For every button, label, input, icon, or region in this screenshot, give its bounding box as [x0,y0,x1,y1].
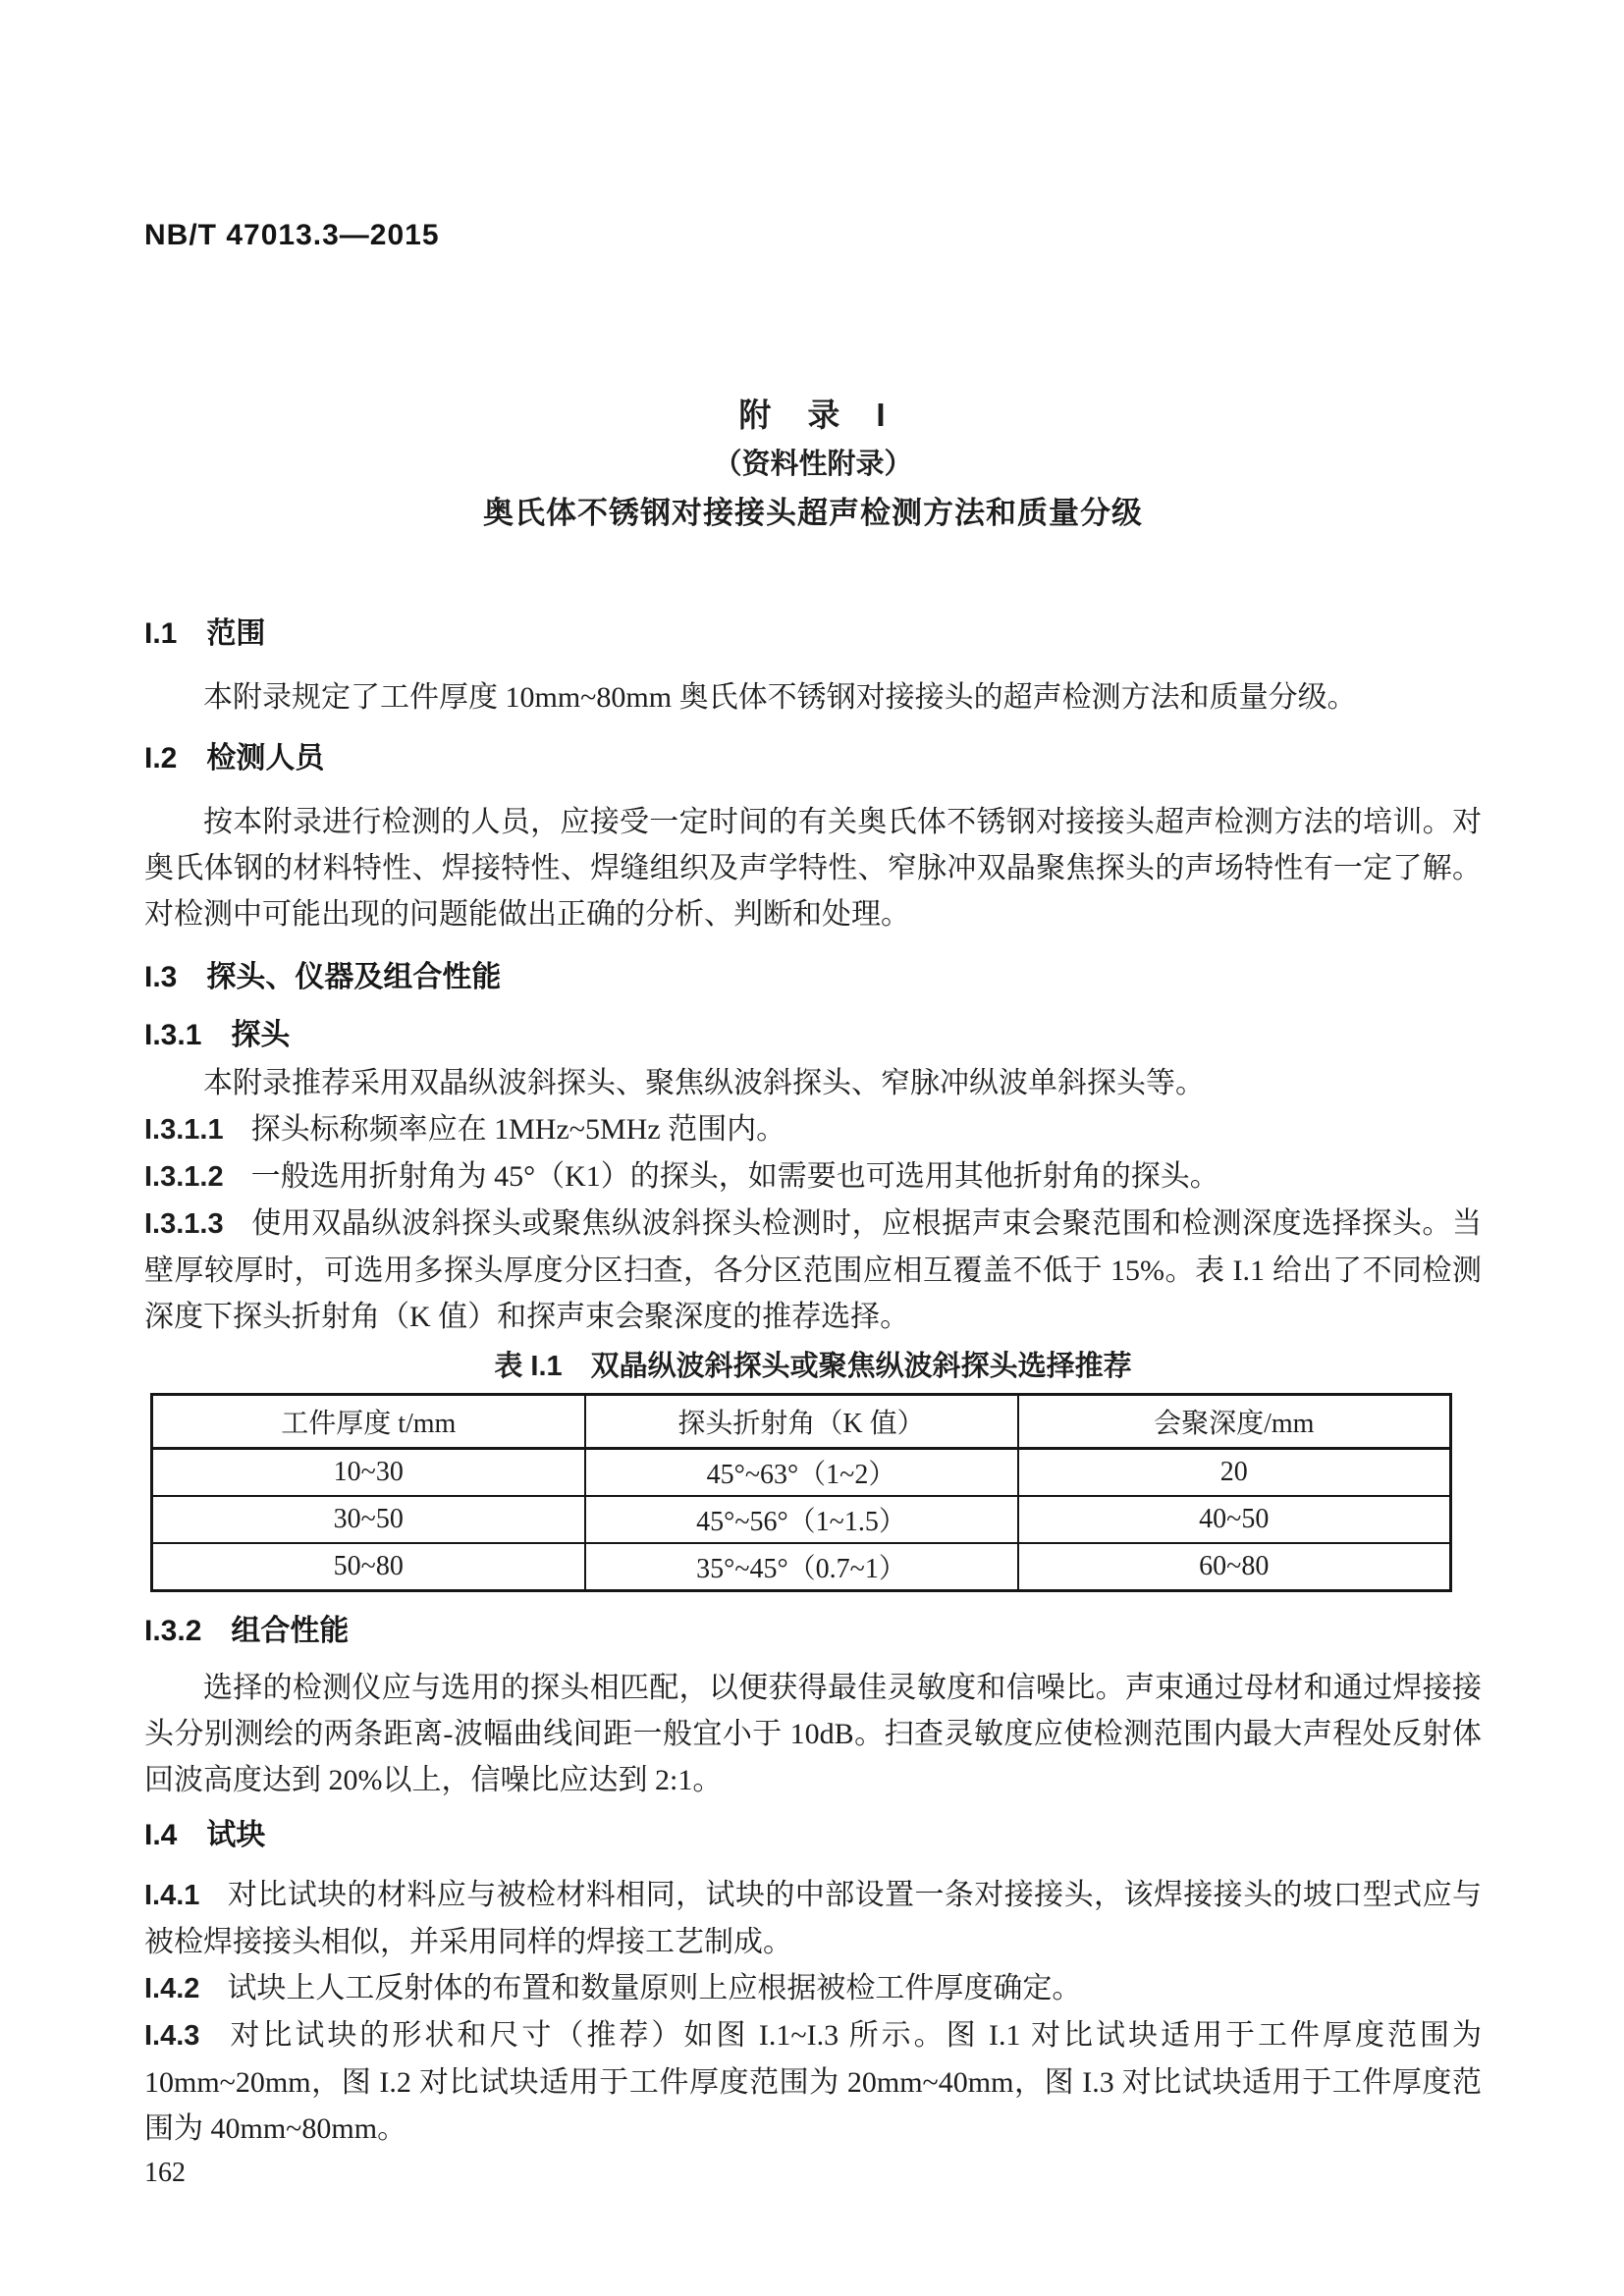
clause-test-block-reflectors: I.4.2试块上人工反射体的布置和数量原则上应根据被检工件厚度确定。 [144,1965,1482,2012]
table-cell: 50~80 [152,1543,585,1591]
doc-code-header: NB/T 47013.3—2015 [144,218,1482,253]
paragraph-combined-performance: 选择的检测仪应与选用的探头相匹配，以便获得最佳灵敏度和信噪比。声束通过母材和通过… [144,1665,1482,1803]
table-row: 30~50 45°~56°（1~1.5） 40~50 [152,1496,1451,1543]
paragraph-scope: 本附录规定了工件厚度 10mm~80mm 奥氏体不锈钢对接接头的超声检测方法和质… [144,674,1482,721]
clause-number: I.4.1 [144,1880,199,1911]
document-page: NB/T 47013.3—2015 附 录 I （资料性附录） 奥氏体不锈钢对接… [0,0,1624,2296]
clause-text: 探头标称频率应在 1MHz~5MHz 范围内。 [251,1113,786,1146]
table-cell: 40~50 [1018,1496,1451,1543]
paragraph-probe-intro: 本附录推荐采用双晶纵波斜探头、聚焦纵波斜探头、窄脉冲纵波单斜探头等。 [144,1060,1482,1106]
table-cell: 30~50 [152,1496,585,1543]
clause-text: 对比试块的材料应与被检材料相同，试块的中部设置一条对接接头，该焊接接头的坡口型式… [144,1879,1482,1958]
clause-number: I.4.2 [144,1973,199,2004]
appendix-title-block: 附 录 I （资料性附录） 奥氏体不锈钢对接接头超声检测方法和质量分级 [144,391,1482,538]
section-heading-combined-performance: I.3.2 组合性能 [144,1612,1482,1651]
clause-test-block-material: I.4.1对比试块的材料应与被检材料相同，试块的中部设置一条对接接头，该焊接接头… [144,1872,1482,1965]
probe-selection-table: 工件厚度 t/mm 探头折射角（K 值） 会聚深度/mm 10~30 45°~6… [150,1393,1452,1592]
clause-text: 使用双晶纵波斜探头或聚焦纵波斜探头检测时，应根据声束会聚范围和检测深度选择探头。… [144,1207,1482,1333]
section-heading-probe: I.3.1 探头 [144,1016,1482,1055]
table-cell: 45°~56°（1~1.5） [585,1496,1018,1543]
appendix-type-note: （资料性附录） [144,440,1482,489]
clause-number: I.3.1.3 [144,1208,224,1240]
table-cell: 20 [1018,1449,1451,1497]
section-heading-personnel: I.2 检测人员 [144,739,1482,778]
clause-refraction-angle: I.3.1.2一般选用折射角为 45°（K1）的探头，如需要也可选用其他折射角的… [144,1153,1482,1201]
clause-text: 一般选用折射角为 45°（K1）的探头，如需要也可选用其他折射角的探头。 [251,1160,1219,1193]
clause-test-block-dimensions: I.4.3对比试块的形状和尺寸（推荐）如图 I.1~I.3 所示。图 I.1 对… [144,2012,1482,2152]
paragraph-personnel: 按本附录进行检测的人员，应接受一定时间的有关奥氏体不锈钢对接接头超声检测方法的培… [144,799,1482,937]
table-header-depth: 会聚深度/mm [1018,1395,1451,1449]
appendix-title: 附 录 I [144,391,1482,440]
page-content: NB/T 47013.3—2015 附 录 I （资料性附录） 奥氏体不锈钢对接… [0,0,1624,2193]
clause-probe-selection: I.3.1.3使用双晶纵波斜探头或聚焦纵波斜探头检测时，应根据声束会聚范围和检测… [144,1201,1482,1340]
clause-number: I.3.1.1 [144,1114,224,1146]
clause-text: 对比试块的形状和尺寸（推荐）如图 I.1~I.3 所示。图 I.1 对比试块适用… [144,2019,1482,2145]
section-heading-scope: I.1 范围 [144,614,1482,654]
page-number: 162 [144,2154,1482,2193]
table-header-thickness: 工件厚度 t/mm [152,1395,585,1449]
table-cell: 60~80 [1018,1543,1451,1591]
appendix-subject: 奥氏体不锈钢对接接头超声检测方法和质量分级 [144,489,1482,538]
table-cell: 45°~63°（1~2） [585,1449,1018,1497]
section-heading-probe-instrument: I.3 探头、仪器及组合性能 [144,958,1482,997]
clause-number: I.3.1.2 [144,1161,224,1193]
clause-text: 试块上人工反射体的布置和数量原则上应根据被检工件厚度确定。 [227,1972,1081,2004]
table-caption: 表 I.1 双晶纵波斜探头或聚焦纵波斜探头选择推荐 [144,1346,1482,1387]
table-cell: 10~30 [152,1449,585,1497]
table-header-row: 工件厚度 t/mm 探头折射角（K 值） 会聚深度/mm [152,1395,1451,1449]
table-row: 50~80 35°~45°（0.7~1） 60~80 [152,1543,1451,1591]
section-heading-test-block: I.4 试块 [144,1816,1482,1855]
table-row: 10~30 45°~63°（1~2） 20 [152,1449,1451,1497]
table-cell: 35°~45°（0.7~1） [585,1543,1018,1591]
clause-probe-frequency: I.3.1.1探头标称频率应在 1MHz~5MHz 范围内。 [144,1106,1482,1153]
clause-number: I.4.3 [144,2020,199,2052]
table-header-angle: 探头折射角（K 值） [585,1395,1018,1449]
